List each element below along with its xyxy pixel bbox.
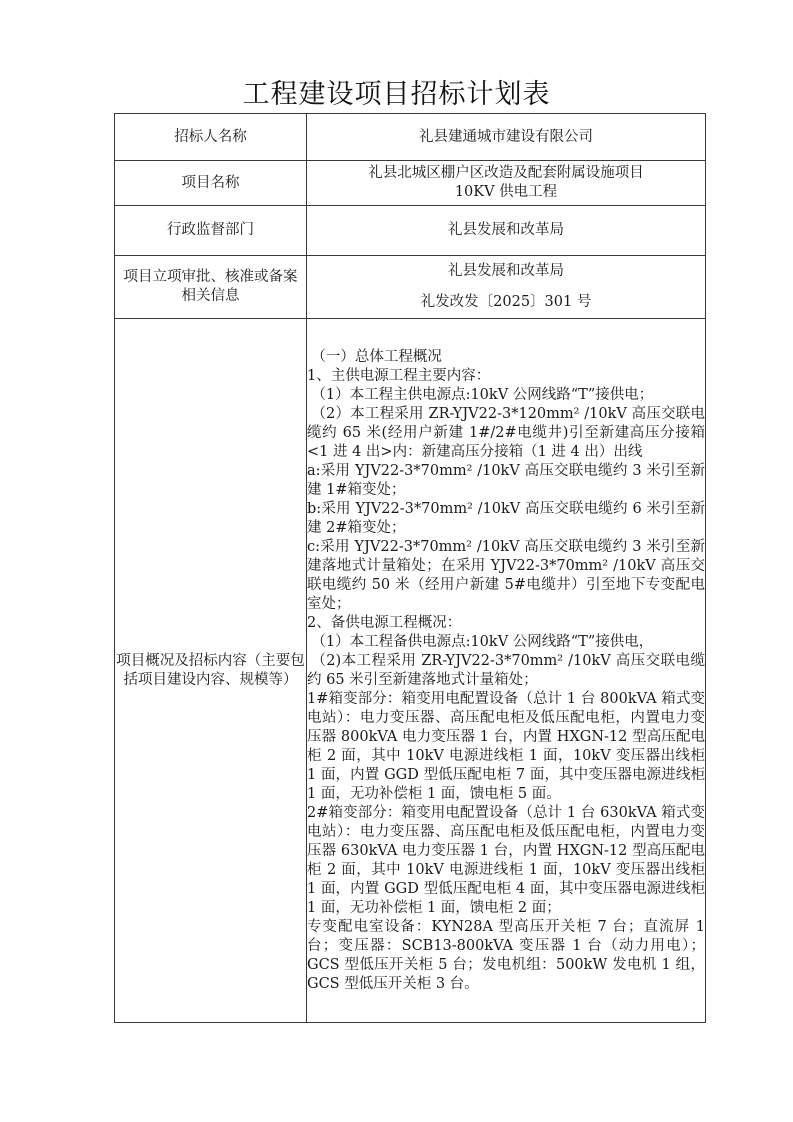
overview-paragraph: （一）总体工程概况 (307, 348, 705, 367)
table-row-supervision-dept: 行政监督部门 礼县发展和改革局 (115, 206, 706, 256)
overview-paragraph: 2、备供电源工程概况： (307, 614, 705, 633)
overview-paragraph: a:采用 YJV22-3*70mm² /10kV 高压交联电缆约 3 米引至新建… (307, 462, 705, 500)
overview-paragraph: （2）本工程采用 ZR-YJV22-3*120mm² /10kV 高压交联电缆约… (307, 405, 705, 462)
tenderer-label: 招标人名称 (115, 114, 307, 161)
table-row-project-name: 项目名称 礼县北城区棚户区改造及配套附属设施项目 10KV 供电工程 (115, 161, 706, 206)
overview-paragraph: 1、主供电源工程主要内容： (307, 367, 705, 386)
project-name-label: 项目名称 (115, 161, 307, 206)
overview-paragraph: c:采用 YJV22-3*70mm² /10kV 高压交联电缆约 3 米引至新建… (307, 538, 705, 614)
overview-content: （一）总体工程概况 1、主供电源工程主要内容： （1）本工程主供电源点:10kV… (307, 319, 706, 1023)
table-row-tenderer: 招标人名称 礼县建通城市建设有限公司 (115, 114, 706, 161)
approval-info-label: 项目立项审批、核准或备案相关信息 (115, 256, 307, 319)
overview-paragraph: （1）本工程主供电源点:10kV 公网线路“T”接供电； (307, 386, 705, 405)
overview-paragraph: 2#箱变部分：箱变用电配置设备（总计 1 台 630kVA 箱式变电站）：电力变… (307, 804, 705, 918)
overview-paragraph: b:采用 YJV22-3*70mm² /10kV 高压交联电缆约 6 米引至新建… (307, 500, 705, 538)
overview-paragraph: 专变配电室设备：KYN28A 型高压开关柜 7 台；直流屏 1 台；变压器：SC… (307, 918, 705, 994)
overview-paragraph: 1#箱变部分：箱变用电配置设备（总计 1 台 800kVA 箱式变电站）：电力变… (307, 690, 705, 804)
approval-info-value: 礼县发展和改革局 礼发改发〔2025〕301 号 (307, 256, 706, 319)
table-row-approval-info: 项目立项审批、核准或备案相关信息 礼县发展和改革局 礼发改发〔2025〕301 … (115, 256, 706, 319)
overview-paragraph: （1）本工程备供电源点:10kV 公网线路“T”接供电， (307, 633, 705, 652)
approval-authority: 礼县发展和改革局 (307, 262, 705, 281)
supervision-dept-label: 行政监督部门 (115, 206, 307, 256)
tender-plan-table: 招标人名称 礼县建通城市建设有限公司 项目名称 礼县北城区棚户区改造及配套附属设… (114, 113, 706, 1023)
approval-document-number: 礼发改发〔2025〕301 号 (307, 293, 705, 312)
table-row-overview: 项目概况及招标内容（主要包括项目建设内容、规模等） （一）总体工程概况 1、主供… (115, 319, 706, 1023)
overview-label: 项目概况及招标内容（主要包括项目建设内容、规模等） (115, 319, 307, 1023)
project-name-value: 礼县北城区棚户区改造及配套附属设施项目 10KV 供电工程 (307, 161, 706, 206)
supervision-dept-value: 礼县发展和改革局 (307, 206, 706, 256)
overview-paragraph: （2)本工程采用 ZR-YJV22-3*70mm² /10kV 高压交联电缆约 … (307, 652, 705, 690)
tenderer-value: 礼县建通城市建设有限公司 (307, 114, 706, 161)
page-title: 工程建设项目招标计划表 (0, 72, 793, 111)
